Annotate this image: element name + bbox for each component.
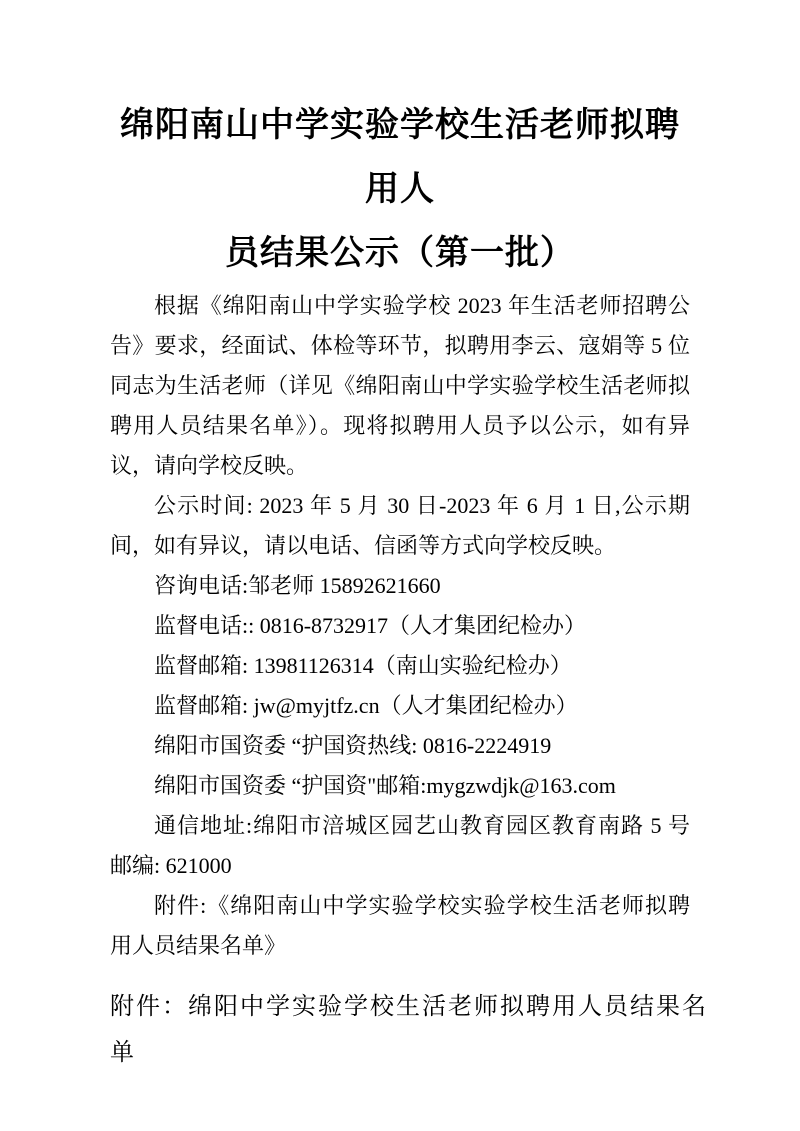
postcode-line: 邮编: 621000 xyxy=(110,846,690,886)
contact-line-supervise-phone: 监督电话:: 0816-8732917（人才集团纪检办） xyxy=(110,606,690,646)
attachment-line: 附件:《绵阳南山中学实验学校实验学校生活老师拟聘 xyxy=(110,886,690,926)
body-line: 议，请向学校反映。 xyxy=(110,446,690,486)
body-line: 公示时间: 2023 年 5 月 30 日-2023 年 6 月 1 日,公示期 xyxy=(110,486,690,526)
contact-line-supervise-mail-2: 监督邮箱: jw@myjtfz.cn（人才集团纪检办） xyxy=(110,686,690,726)
attachment-note-line: 单 xyxy=(110,1030,690,1076)
document-content: 绵阳南山中学实验学校生活老师拟聘用人 员结果公示（第一批） 根据《绵阳南山中学实… xyxy=(0,0,800,1076)
contact-line-hotline-mail: 绵阳市国资委 “护国资"邮箱:mygzwdjk@163.com xyxy=(110,766,690,806)
title-line-1: 绵阳南山中学实验学校生活老师拟聘用人 xyxy=(110,94,690,222)
paragraph-contacts: 咨询电话:邹老师 15892621660 监督电话:: 0816-8732917… xyxy=(110,566,690,806)
paragraph-attachment-ref: 附件:《绵阳南山中学实验学校实验学校生活老师拟聘 用人员结果名单》 xyxy=(110,886,690,966)
body-line: 告》要求，经面试、体检等环节，拟聘用李云、寇娟等 5 位 xyxy=(110,326,690,366)
contact-line-hotline: 绵阳市国资委 “护国资热线: 0816-2224919 xyxy=(110,726,690,766)
attachment-note: 附件：绵阳中学实验学校生活老师拟聘用人员结果名 单 xyxy=(110,984,690,1076)
document-page: 绵阳南山中学实验学校生活老师拟聘用人 员结果公示（第一批） 根据《绵阳南山中学实… xyxy=(0,0,800,1131)
body-line: 聘用人员结果名单》）。现将拟聘用人员予以公示，如有异 xyxy=(110,406,690,446)
contact-line-consult-phone: 咨询电话:邹老师 15892621660 xyxy=(110,566,690,606)
attachment-line: 用人员结果名单》 xyxy=(110,926,690,966)
body-line: 同志为生活老师（详见《绵阳南山中学实验学校生活老师拟 xyxy=(110,366,690,406)
paragraph-publicity-period: 公示时间: 2023 年 5 月 30 日-2023 年 6 月 1 日,公示期… xyxy=(110,486,690,566)
paragraph-intro: 根据《绵阳南山中学实验学校 2023 年生活老师招聘公 告》要求，经面试、体检等… xyxy=(110,286,690,486)
document-body: 根据《绵阳南山中学实验学校 2023 年生活老师招聘公 告》要求，经面试、体检等… xyxy=(110,286,690,1076)
contact-line-supervise-mail-1: 监督邮箱: 13981126314（南山实验纪检办） xyxy=(110,646,690,686)
body-line: 根据《绵阳南山中学实验学校 2023 年生活老师招聘公 xyxy=(110,286,690,326)
title-line-2: 员结果公示（第一批） xyxy=(110,222,690,286)
paragraph-address: 通信地址:绵阳市涪城区园艺山教育园区教育南路 5 号 邮编: 621000 xyxy=(110,806,690,886)
body-line: 间，如有异议，请以电话、信函等方式向学校反映。 xyxy=(110,526,690,566)
document-title: 绵阳南山中学实验学校生活老师拟聘用人 员结果公示（第一批） xyxy=(110,94,690,286)
attachment-note-line: 附件：绵阳中学实验学校生活老师拟聘用人员结果名 xyxy=(110,984,690,1030)
address-line: 通信地址:绵阳市涪城区园艺山教育园区教育南路 5 号 xyxy=(110,806,690,846)
